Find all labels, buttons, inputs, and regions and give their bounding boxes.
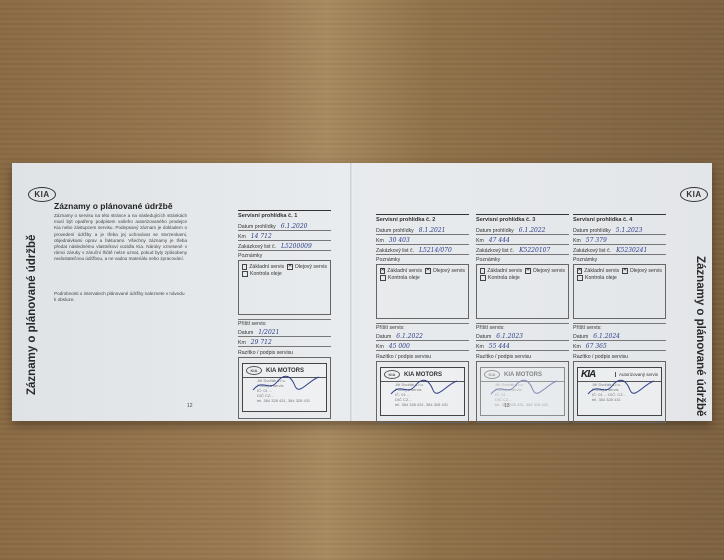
stamp-box: KIAKIA MOTORSJiří Dvořák s.r.o.Prodej a … (476, 361, 569, 423)
next-date-label: Datum (573, 334, 588, 340)
right-side-title: Záznamy o plánované údržbě (694, 256, 706, 416)
next-service-label: Příští servis: (573, 323, 666, 332)
intro-paragraph: Záznamy o servisu na této stránce a na n… (54, 213, 187, 263)
intro-note: Podrobnosti o intervalech plánované údrž… (54, 291, 187, 303)
next-km-line: Km 45 000 (376, 342, 469, 351)
km-line: Km 47 444 (476, 236, 569, 245)
date-value: 6.1.2022 (519, 227, 546, 234)
oil-check-row: Kontrola oleje (480, 274, 565, 281)
service-record-2: Servisní prohlídka č. 2 Datum prohlídky … (376, 214, 469, 423)
oil-check-checkbox (577, 275, 583, 281)
signature (586, 378, 656, 398)
next-service-label: Příští servis: (376, 323, 469, 332)
oil-check-row: Kontrola oleje (380, 274, 465, 281)
oil-check-label: Kontrola oleje (250, 271, 282, 277)
date-label: Datum prohlídky (573, 228, 611, 234)
stamp-line: tel. 384 328 431, 384 328 431 (481, 402, 564, 407)
km-line: Km 14 712 (238, 232, 331, 241)
next-date-label: Datum (376, 334, 391, 340)
stamp-label: Razítko / podpis servisu (238, 349, 331, 357)
stamp-brand: KIA MOTORS (266, 368, 304, 374)
oil-service-checkbox (525, 268, 530, 274)
km-label: Km (573, 238, 581, 244)
service-booklet: KIA Záznamy o plánované údržbě Záznamy o… (12, 163, 712, 421)
stamp-brand: KIA MOTORS (404, 372, 442, 378)
km-value: 47 444 (489, 237, 510, 244)
km-label: Km (376, 238, 384, 244)
record-title: Servisní prohlídka č. 4 (573, 214, 666, 226)
next-service-label: Příští servis: (476, 323, 569, 332)
next-date-value: 6.1.2022 (396, 333, 423, 340)
next-date-line: Datum 6.1.2023 (476, 332, 569, 341)
next-km-line: Km 55 444 (476, 342, 569, 351)
stamp-line: tel. 384 328 431, 384 328 431 (243, 398, 326, 403)
next-date-label: Datum (476, 334, 491, 340)
km-label: Km (238, 234, 246, 240)
oil-check-checkbox (480, 275, 486, 281)
oil-check-checkbox (242, 271, 248, 277)
order-value: L5200009 (281, 243, 312, 250)
km-line: Km 57 379 (573, 236, 666, 245)
next-date-line: Datum 6.1.2022 (376, 332, 469, 341)
stamp-label: Razítko / podpis servisu (476, 353, 569, 361)
kia-logo: KIA (680, 187, 708, 202)
date-label: Datum prohlídky (238, 224, 276, 230)
date-line: Datum prohlídky 6.1.2022 (476, 226, 569, 235)
stamp-box: KIAKIA MOTORSJiří Dvořák s.r.o.Prodej a … (238, 357, 331, 419)
order-label: Zakázkový list č. (573, 248, 611, 254)
next-date-value: 6.1.2023 (496, 333, 523, 340)
basic-service-label: Základní servis (487, 268, 522, 274)
stamp-box: KIAAutorizovaný servisJiří Dvořák s.r.o.… (573, 361, 666, 423)
order-label: Zakázkový list č. (238, 244, 276, 250)
dealer-stamp: KIAKIA MOTORSJiří Dvořák s.r.o.Prodej a … (480, 367, 565, 416)
date-label: Datum prohlídky (476, 228, 514, 234)
basic-service-label: Základní servis (387, 268, 422, 274)
record-title: Servisní prohlídka č. 2 (376, 214, 469, 226)
date-value: 5.1.2023 (616, 227, 643, 234)
date-value: 6.1.2020 (281, 223, 308, 230)
dealer-stamp: KIAKIA MOTORSJiří Dvořák s.r.o.Prodej a … (242, 363, 327, 412)
basic-service-checkbox (577, 268, 582, 274)
km-line: Km 30 403 (376, 236, 469, 245)
record-title: Servisní prohlídka č. 1 (238, 210, 331, 222)
basic-service-label: Základní servis (584, 268, 619, 274)
kia-logo: KIA (28, 187, 56, 202)
order-line: Zakázkový list č. K5230241 (573, 246, 666, 255)
dealer-stamp: KIAAutorizovaný servisJiří Dvořák s.r.o.… (577, 367, 662, 416)
oil-service-checkbox (425, 268, 430, 274)
service-type-row: Základní servis Olejový servis (380, 267, 465, 274)
km-value: 57 379 (586, 237, 607, 244)
stamp-brand: KIA MOTORS (504, 372, 542, 378)
next-km-value: 55 444 (489, 343, 510, 350)
notes-box: Základní servis Olejový servis Kontrola … (476, 264, 569, 319)
order-label: Zakázkový list č. (376, 248, 414, 254)
notes-label: Poznámky (238, 252, 331, 260)
date-label: Datum prohlídky (376, 228, 414, 234)
next-km-label: Km (238, 340, 246, 346)
km-label: Km (476, 238, 484, 244)
oil-check-checkbox (380, 275, 386, 281)
stamp-box: KIAKIA MOTORSJiří Dvořák s.r.o.Prodej a … (376, 361, 469, 423)
service-record-3: Servisní prohlídka č. 3 Datum prohlídky … (476, 214, 569, 423)
km-value: 14 712 (251, 233, 272, 240)
notes-label: Poznámky (476, 256, 569, 264)
oil-check-label: Kontrola oleje (585, 275, 617, 281)
oil-service-checkbox (287, 264, 292, 270)
next-km-value: 67 365 (586, 343, 607, 350)
order-line: Zakázkový list č. L5200009 (238, 242, 331, 251)
basic-service-checkbox (380, 268, 385, 274)
basic-service-checkbox (242, 264, 247, 270)
next-service-label: Příští servis: (238, 319, 331, 328)
next-date-label: Datum (238, 330, 253, 336)
authorized-service-label: Autorizovaný servis (615, 372, 658, 377)
stamp-line: tel. 384 328 431, 384 328 431 (381, 402, 464, 407)
basic-service-label: Základní servis (249, 264, 284, 270)
date-line: Datum prohlídky 5.1.2023 (573, 226, 666, 235)
oil-service-checkbox (622, 268, 627, 274)
page-title: Záznamy o plánované údržbě (54, 201, 173, 211)
notes-label: Poznámky (573, 256, 666, 264)
service-type-row: Základní servis Olejový servis (480, 267, 565, 274)
notes-box: Základní servis Olejový servis Kontrola … (238, 260, 331, 315)
left-side-title: Záznamy o plánované údržbě (26, 235, 38, 395)
km-value: 30 403 (389, 237, 410, 244)
oil-service-label: Olejový servis (533, 268, 565, 274)
stamp-label: Razítko / podpis servisu (573, 353, 666, 361)
order-label: Zakázkový list č. (476, 248, 514, 254)
oil-service-label: Olejový servis (630, 268, 662, 274)
service-record-4: Servisní prohlídka č. 4 Datum prohlídky … (573, 214, 666, 423)
notes-label: Poznámky (376, 256, 469, 264)
left-page: KIA Záznamy o plánované údržbě Záznamy o… (12, 163, 352, 421)
stamp-label: Razítko / podpis servisu (376, 353, 469, 361)
signature (251, 374, 321, 394)
signature (489, 378, 559, 398)
oil-service-label: Olejový servis (295, 264, 327, 270)
next-km-label: Km (476, 344, 484, 350)
date-value: 8.1.2021 (419, 227, 446, 234)
date-line: Datum prohlídky 8.1.2021 (376, 226, 469, 235)
order-line: Zakázkový list č. K5220107 (476, 246, 569, 255)
order-value: L5214/070 (419, 247, 452, 254)
order-value: K5230241 (616, 247, 647, 254)
oil-check-row: Kontrola oleje (242, 270, 327, 277)
order-value: K5220107 (519, 247, 550, 254)
next-date-value: 6.1.2024 (593, 333, 620, 340)
next-km-label: Km (573, 344, 581, 350)
oil-check-row: Kontrola oleje (577, 274, 662, 281)
oil-check-label: Kontrola oleje (488, 275, 520, 281)
dealer-stamp: KIAKIA MOTORSJiří Dvořák s.r.o.Prodej a … (380, 367, 465, 416)
date-line: Datum prohlídky 6.1.2020 (238, 222, 331, 231)
order-line: Zakázkový list č. L5214/070 (376, 246, 469, 255)
notes-box: Základní servis Olejový servis Kontrola … (573, 264, 666, 319)
page-number-left: 12 (187, 403, 193, 409)
signature (389, 378, 459, 398)
next-km-line: Km 67 365 (573, 342, 666, 351)
next-km-value: 45 000 (389, 343, 410, 350)
next-km-label: Km (376, 344, 384, 350)
service-record-1: Servisní prohlídka č. 1 Datum prohlídky … (238, 210, 331, 419)
oil-check-label: Kontrola oleje (388, 275, 420, 281)
basic-service-checkbox (480, 268, 485, 274)
notes-box: Základní servis Olejový servis Kontrola … (376, 264, 469, 319)
service-type-row: Základní servis Olejový servis (577, 267, 662, 274)
service-type-row: Základní servis Olejový servis (242, 263, 327, 270)
next-date-line: Datum 1/2021 (238, 328, 331, 337)
oil-service-label: Olejový servis (433, 268, 465, 274)
right-page: KIA Záznamy o plánované údržbě 13 Servis… (354, 163, 712, 421)
next-date-value: 1/2021 (258, 329, 279, 336)
next-date-line: Datum 6.1.2024 (573, 332, 666, 341)
next-km-line: Km 29 712 (238, 338, 331, 347)
record-title: Servisní prohlídka č. 3 (476, 214, 569, 226)
next-km-value: 29 712 (251, 339, 272, 346)
